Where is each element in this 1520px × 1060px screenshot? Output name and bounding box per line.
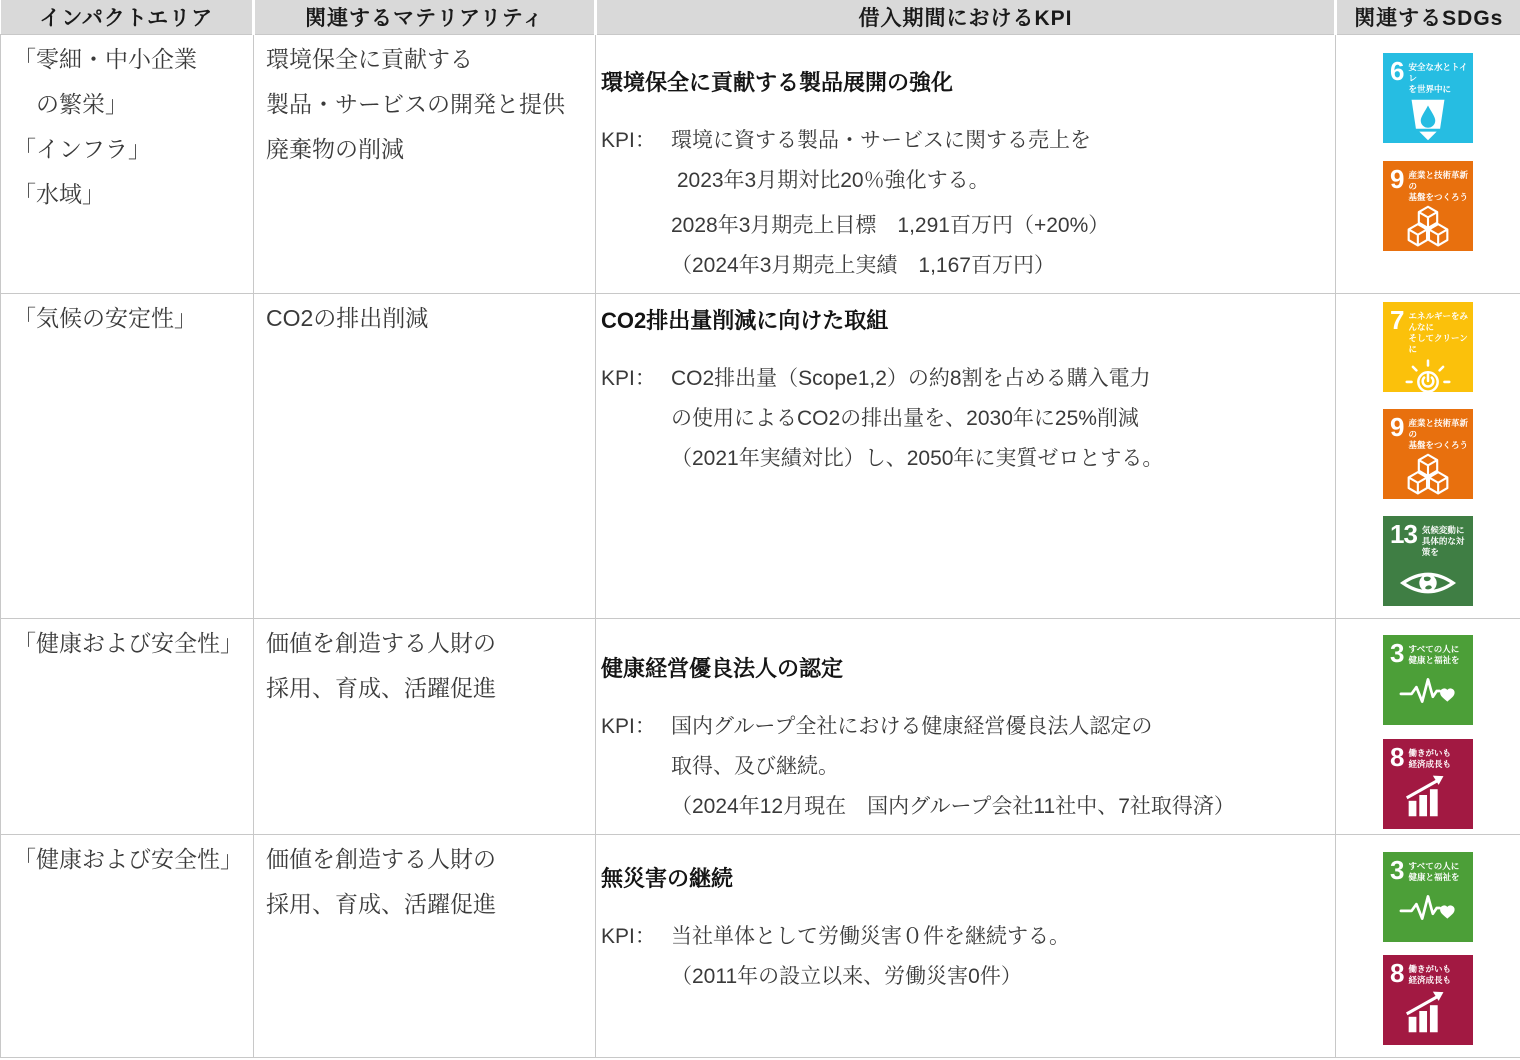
- sdg-icon-header: 3すべての人に健康と福祉を: [1383, 852, 1473, 883]
- sdg-8-icon: 8働きがいも経済成長も: [1383, 955, 1473, 1045]
- sdg-cell: 3すべての人に健康と福祉を 8働きがいも経済成長も: [1336, 618, 1520, 834]
- sdg-13-icon: 13気候変動に具体的な対策を: [1383, 516, 1473, 606]
- materiality-text: 価値を創造する人財の 採用、育成、活躍促進: [254, 619, 595, 711]
- table-row: 「健康および安全性」 価値を創造する人財の 採用、育成、活躍促進 無災害の継続 …: [1, 834, 1520, 1057]
- kpi-paragraph: 2028年3月期売上目標 1,291百万円（+20%） （2024年3月期売上実…: [601, 206, 1327, 286]
- kpi-cell: CO2排出量削減に向けた取組 KPI： CO2排出量（Scope1,2）の約8割…: [596, 293, 1336, 618]
- sdg-number: 9: [1390, 167, 1403, 191]
- sdg-8-icon: 8働きがいも経済成長も: [1383, 739, 1473, 829]
- sdg-caption: 働きがいも経済成長も: [1408, 961, 1451, 986]
- impact-area-cell: 「健康および安全性」: [1, 834, 254, 1057]
- sdg-caption: すべての人に健康と福祉を: [1408, 858, 1459, 883]
- impact-area-cell: 「気候の安定性」: [1, 293, 254, 618]
- impact-area-cell: 「健康および安全性」: [1, 618, 254, 834]
- kpi-label: KPI：: [601, 707, 671, 827]
- heartbeat-icon: [1399, 884, 1457, 932]
- header-materiality: 関連するマテリアリティ: [254, 0, 596, 34]
- sdg-number: 7: [1390, 308, 1403, 332]
- growth-chart-icon: [1399, 771, 1457, 819]
- heartbeat-icon: [1399, 667, 1457, 715]
- kpi-title: 環境保全に貢献する製品展開の強化: [601, 69, 1327, 97]
- sdg-icon-header: 6安全な水とトイレを世界中に: [1383, 53, 1473, 95]
- sdg-caption: 気候変動に具体的な対策を: [1422, 522, 1469, 558]
- growth-chart-icon: [1399, 987, 1457, 1035]
- sdg-caption: エネルギーをみんなにそしてクリーンに: [1408, 308, 1469, 355]
- sdg-3-icon: 3すべての人に健康と福祉を: [1383, 852, 1473, 942]
- sdg-icon-header: 8働きがいも経済成長も: [1383, 739, 1473, 770]
- sdg-icon-header: 8働きがいも経済成長も: [1383, 955, 1473, 986]
- sdg-icon-header: 3すべての人に健康と福祉を: [1383, 635, 1473, 666]
- sdg-caption: すべての人に健康と福祉を: [1408, 641, 1459, 666]
- kpi-label: KPI：: [601, 121, 671, 201]
- sdg-icon-header: 9産業と技術革新の基盤をつくろう: [1383, 161, 1473, 203]
- sdg-number: 13: [1390, 522, 1417, 546]
- water-glass-icon: [1399, 96, 1457, 143]
- kpi-text: 当社単体として労働災害０件を継続する。 （2011年の設立以来、労働災害0件）: [671, 917, 1070, 997]
- materiality-cell: 環境保全に貢献する 製品・サービスの開発と提供 廃棄物の削減: [254, 34, 596, 293]
- sdg-cell: 7エネルギーをみんなにそしてクリーンに 9産業と技術革新の基盤をつくろう 13気…: [1336, 293, 1520, 618]
- materiality-text: CO2の排出削減: [254, 294, 595, 341]
- sdg-icon-header: 13気候変動に具体的な対策を: [1383, 516, 1473, 558]
- kpi-label-spacer: [601, 206, 671, 286]
- kpi-title: 無災害の継続: [601, 865, 1327, 893]
- header-impact-area: インパクトエリア: [1, 0, 254, 34]
- kpi-paragraph: KPI： 当社単体として労働災害０件を継続する。 （2011年の設立以来、労働災…: [601, 917, 1327, 997]
- kpi-paragraph: KPI： 国内グループ全社における健康経営優良法人認定の 取得、及び継続。 （2…: [601, 707, 1327, 827]
- sdg-number: 3: [1390, 641, 1403, 665]
- sdg-number: 3: [1390, 858, 1403, 882]
- kpi-paragraph: KPI： 環境に資する製品・サービスに関する売上を 2023年3月期対比20％強…: [601, 121, 1327, 201]
- sdg-number: 8: [1390, 745, 1403, 769]
- kpi-cell: 無災害の継続 KPI： 当社単体として労働災害０件を継続する。 （2011年の設…: [596, 834, 1336, 1057]
- table-row: 「気候の安定性」 CO2の排出削減 CO2排出量削減に向けた取組 KPI： CO…: [1, 293, 1520, 618]
- impact-area-cell: 「零細・中小企業 の繁栄」 「インフラ」 「水域」: [1, 34, 254, 293]
- sun-power-icon: [1399, 356, 1457, 392]
- kpi-text: CO2排出量（Scope1,2）の約8割を占める購入電力 の使用によるCO2の排…: [671, 359, 1163, 479]
- eye-globe-icon: [1399, 559, 1457, 606]
- sdg-caption: 産業と技術革新の基盤をつくろう: [1408, 415, 1469, 451]
- materiality-cell: 価値を創造する人財の 採用、育成、活躍促進: [254, 834, 596, 1057]
- materiality-text: 環境保全に貢献する 製品・サービスの開発と提供 廃棄物の削減: [254, 35, 595, 172]
- sdg-caption: 安全な水とトイレを世界中に: [1408, 59, 1469, 95]
- table-row: 「零細・中小企業 の繁栄」 「インフラ」 「水域」 環境保全に貢献する 製品・サ…: [1, 34, 1520, 293]
- kpi-title: 健康経営優良法人の認定: [601, 655, 1327, 683]
- sdg-number: 8: [1390, 961, 1403, 985]
- sdg-6-icon: 6安全な水とトイレを世界中に: [1383, 53, 1473, 143]
- sdg-number: 9: [1390, 415, 1403, 439]
- kpi-paragraph: KPI： CO2排出量（Scope1,2）の約8割を占める購入電力 の使用による…: [601, 359, 1327, 479]
- header-kpi: 借入期間におけるKPI: [596, 0, 1336, 34]
- kpi-cell: 環境保全に貢献する製品展開の強化 KPI： 環境に資する製品・サービスに関する売…: [596, 34, 1336, 293]
- kpi-text: 国内グループ全社における健康経営優良法人認定の 取得、及び継続。 （2024年1…: [671, 707, 1235, 827]
- cubes-icon: [1399, 204, 1457, 251]
- sdg-9-icon: 9産業と技術革新の基盤をつくろう: [1383, 409, 1473, 499]
- sdg-cell: 6安全な水とトイレを世界中に 9産業と技術革新の基盤をつくろう: [1336, 34, 1520, 293]
- kpi-title: CO2排出量削減に向けた取組: [601, 307, 1327, 335]
- impact-area-text: 「健康および安全性」: [1, 619, 253, 666]
- header-row: インパクトエリア 関連するマテリアリティ 借入期間におけるKPI 関連するSDG…: [1, 0, 1520, 34]
- materiality-text: 価値を創造する人財の 採用、育成、活躍促進: [254, 835, 595, 927]
- materiality-cell: CO2の排出削減: [254, 293, 596, 618]
- kpi-label: KPI：: [601, 359, 671, 479]
- sdg-icon-header: 9産業と技術革新の基盤をつくろう: [1383, 409, 1473, 451]
- kpi-label: KPI：: [601, 917, 671, 997]
- kpi-cell: 健康経営優良法人の認定 KPI： 国内グループ全社における健康経営優良法人認定の…: [596, 618, 1336, 834]
- impact-area-text: 「健康および安全性」: [1, 835, 253, 882]
- sdg-cell: 3すべての人に健康と福祉を 8働きがいも経済成長も: [1336, 834, 1520, 1057]
- sdg-9-icon: 9産業と技術革新の基盤をつくろう: [1383, 161, 1473, 251]
- sdg-7-icon: 7エネルギーをみんなにそしてクリーンに: [1383, 302, 1473, 392]
- sdg-caption: 働きがいも経済成長も: [1408, 745, 1451, 770]
- table-row: 「健康および安全性」 価値を創造する人財の 採用、育成、活躍促進 健康経営優良法…: [1, 618, 1520, 834]
- sdg-caption: 産業と技術革新の基盤をつくろう: [1408, 167, 1469, 203]
- kpi-table: インパクトエリア 関連するマテリアリティ 借入期間におけるKPI 関連するSDG…: [0, 0, 1520, 1058]
- sdg-number: 6: [1390, 59, 1403, 83]
- sdg-3-icon: 3すべての人に健康と福祉を: [1383, 635, 1473, 725]
- impact-area-text: 「気候の安定性」: [1, 294, 253, 341]
- sdg-icon-header: 7エネルギーをみんなにそしてクリーンに: [1383, 302, 1473, 355]
- impact-area-text: 「零細・中小企業 の繁栄」 「インフラ」 「水域」: [1, 35, 253, 217]
- cubes-icon: [1399, 452, 1457, 499]
- kpi-text: 2028年3月期売上目標 1,291百万円（+20%） （2024年3月期売上実…: [671, 206, 1109, 286]
- kpi-text: 環境に資する製品・サービスに関する売上を 2023年3月期対比20％強化する。: [671, 121, 1091, 201]
- materiality-cell: 価値を創造する人財の 採用、育成、活躍促進: [254, 618, 596, 834]
- header-sdgs: 関連するSDGs: [1336, 0, 1520, 34]
